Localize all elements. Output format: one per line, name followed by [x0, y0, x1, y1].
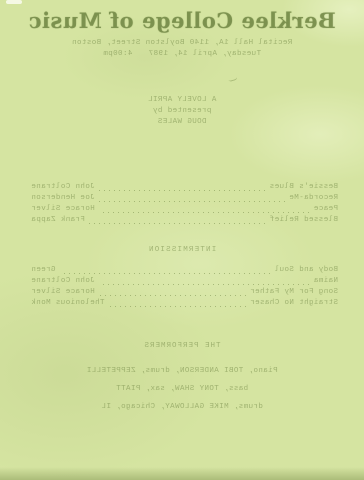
program-row: Naima John Coltrane [31, 277, 338, 286]
dotted-leader [99, 190, 266, 191]
dotted-leader [99, 295, 246, 296]
performer-line: bass, TONY SHAW, sax, PIATT [0, 380, 364, 398]
date-line: Tuesday, April 14, 19874:00pm [0, 50, 364, 59]
venue-line: Recital Hall 1A, 1140 Boylston Street, B… [0, 39, 364, 48]
composer-name: Thelonious Monk [31, 299, 105, 308]
composer-name: Horace Silver [31, 205, 95, 214]
show-through-print-layer: Berklee College of Music Recital Hall 1A… [0, 0, 364, 480]
song-title: Naima [313, 277, 338, 286]
program-row: Peace Horace Silver [31, 205, 338, 214]
dotted-leader [109, 306, 246, 307]
song-title: Recorda-Me [289, 194, 338, 203]
composer-name: Frank Zappa [31, 216, 85, 225]
song-title: Blessed Relief [269, 216, 338, 225]
song-title: Bessie's Blues [269, 183, 338, 192]
composer-name: John Coltrane [31, 277, 95, 286]
program-row: Body and Soul Green [31, 266, 338, 275]
composer-name: Green [31, 266, 56, 275]
composer-name: Joe Henderson [31, 194, 95, 203]
composer-name: Horace Silver [31, 288, 95, 297]
page-title: Berklee College of Music [0, 8, 364, 33]
performers-heading: THE PERFORMERS [0, 342, 364, 351]
performer-line: Piano, TOBI ANDERSON, drums, ZEPPETELLI [0, 362, 364, 380]
date-text: Tuesday, April 14, 1987 [148, 50, 261, 58]
program-row: Bessie's Blues John Coltrane [31, 183, 338, 192]
performer-line: drums, MIKE GALLOWAY, Chicago, IL [0, 398, 364, 416]
dotted-leader [99, 284, 310, 285]
presenter-name: DOUG WALES [0, 118, 364, 127]
program-row: Straight No Chaser Thelonious Monk [31, 299, 338, 308]
song-title: Straight No Chaser [250, 299, 338, 308]
dotted-leader [60, 273, 271, 274]
intermission-heading: INTERMISSION [0, 246, 364, 255]
presented-by-label: presented by [0, 107, 364, 116]
program-row: Song For My Father Horace Silver [31, 288, 338, 297]
program-row: Recorda-Me Joe Henderson [31, 194, 338, 203]
scanned-program-page: { "colors": { "paper": "#d5e4a1", "ink":… [0, 0, 364, 480]
song-title: Body and Soul [274, 266, 338, 275]
song-title: Song For My Father [250, 288, 338, 297]
program-set-1: Bessie's Blues John Coltrane Recorda-Me … [31, 183, 338, 227]
program-row: Blessed Relief Frank Zappa [31, 216, 338, 225]
performers-list: Piano, TOBI ANDERSON, drums, ZEPPETELLI … [0, 362, 364, 416]
composer-name: John Coltrane [31, 183, 95, 192]
program-set-2: Body and Soul Green Naima John Coltrane … [31, 266, 338, 310]
dotted-leader [99, 212, 310, 213]
dotted-leader [99, 201, 285, 202]
dotted-leader [89, 223, 265, 224]
song-title: Peace [313, 205, 338, 214]
time-text: 4:00pm [103, 50, 132, 58]
recital-title: A LOVELY APRIL [0, 96, 364, 105]
